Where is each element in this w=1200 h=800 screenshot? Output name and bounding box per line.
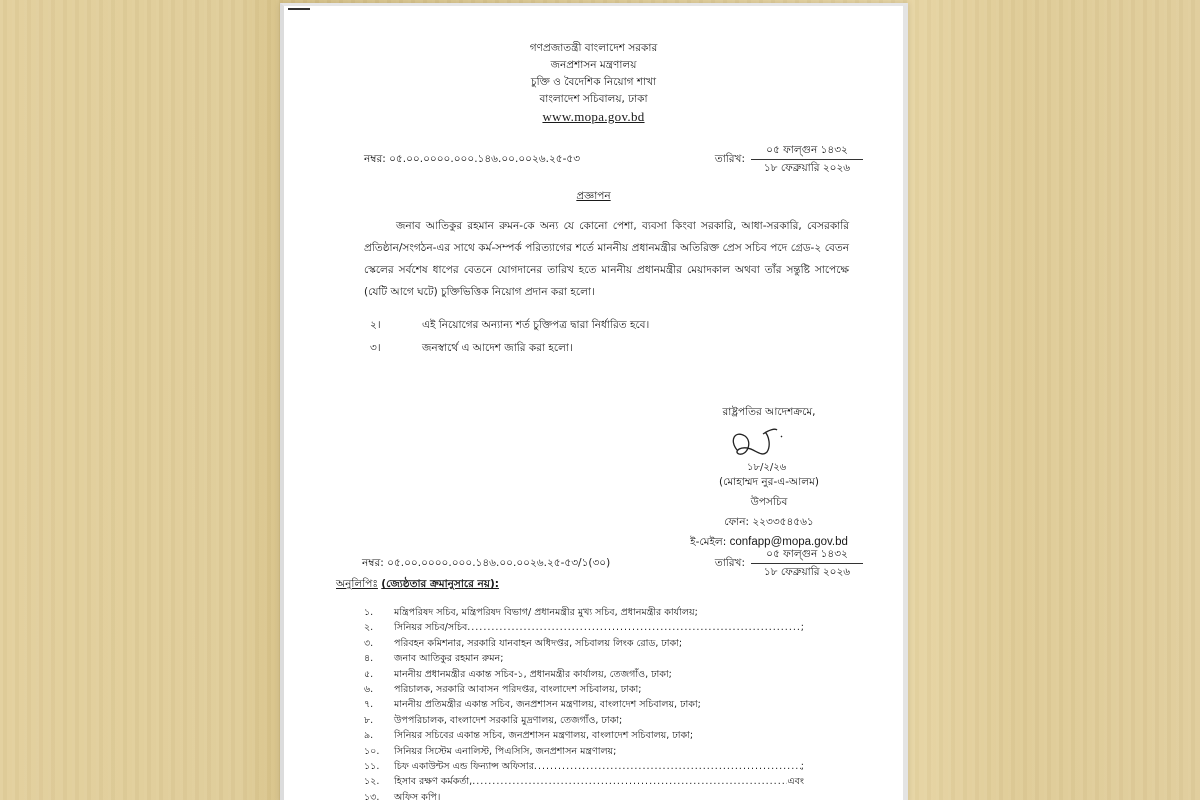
clause-text: জনস্বার্থে এ আদেশ জারি করা হলো। [422, 340, 573, 356]
letterhead-government: গণপ্রজাতন্ত্রী বাংলাদেশ সরকার [284, 40, 903, 57]
distribution-list: ১.মন্ত্রিপরিষদ সচিব, মন্ত্রিপরিষদ বিভাগ/… [364, 605, 804, 800]
distribution-item: ৭.মাননীয় প্রতিমন্ত্রীর একান্ত সচিব, জনপ… [364, 697, 804, 712]
letterhead-branch: চুক্তি ও বৈদেশিক নিয়োগ শাখা [284, 74, 903, 91]
background-right [908, 0, 1200, 800]
distribution-item: ১০.সিনিয়র সিস্টেম এনালিস্ট, পিএসিসি, জন… [364, 744, 804, 759]
date-gregorian: ১৮ ফেব্রুয়ারি ২০২৬ [751, 160, 863, 176]
by-order-line: রাষ্ট্রপতির আদেশক্রমে, [659, 402, 879, 422]
signature-block: রাষ্ট্রপতির আদেশক্রমে, ১৮/২/২৬ (মোহাম্মদ… [659, 402, 879, 552]
item-text: মাননীয় প্রতিমন্ত্রীর একান্ত সচিব, জনপ্র… [394, 697, 701, 712]
item-text: পরিচালক, সরকারি আবাসন পরিদপ্তর, বাংলাদেশ… [394, 682, 641, 697]
clause-number: ৩। [370, 340, 422, 356]
item-number: ২. [364, 620, 394, 635]
background-left [0, 0, 280, 800]
distribution-item: ৩.পরিবহন কমিশনার, সরকারি যানবাহন অধিদপ্ত… [364, 636, 804, 651]
fill-dots: ........................................… [472, 774, 787, 789]
document-page: গণপ্রজাতন্ত্রী বাংলাদেশ সরকার জনপ্রশাসন … [280, 3, 908, 800]
item-text: উপপরিচালক, বাংলাদেশ সরকারি মুদ্রণালয়, ত… [394, 713, 622, 728]
copy-memo-number: নম্বর: ০৫.০০.০০০০.০০০.১৪৬.০০.০০২৬.২৫-৫৩/… [362, 555, 715, 571]
distribution-heading: অনুলিপিঃ (জ্যেষ্ঠতার ক্রমানুসারে নয়): [336, 576, 499, 592]
item-number: ১১. [364, 759, 394, 774]
distribution-note: (জ্যেষ্ঠতার ক্রমানুসারে নয়): [381, 578, 499, 590]
item-number: ৪. [364, 651, 394, 666]
item-number: ৫. [364, 667, 394, 682]
memo-header: নম্বর: ০৫.০০.০০০০.০০০.১৪৬.০০.০০২৬.২৫-৫৩ … [364, 142, 863, 176]
item-number: ১. [364, 605, 394, 620]
item-text: সিনিয়র সচিবের একান্ত সচিব, জনপ্রশাসন মন… [394, 728, 693, 743]
notice-paragraph: জনাব আতিকুর রহমান রুমন-কে অন্য যে কোনো প… [364, 215, 849, 303]
date-bangla: ০৫ ফাল্গুন ১৪৩২ [751, 546, 863, 564]
clause-2: ২। এই নিয়োগের অন্যান্য শর্ত চুক্তিপত্র … [370, 317, 649, 333]
item-number: ১০. [364, 744, 394, 759]
item-number: ৩. [364, 636, 394, 651]
item-number: ৭. [364, 697, 394, 712]
notice-title: প্রজ্ঞাপন [284, 188, 903, 204]
distribution-item: ৫.মাননীয় প্রধানমন্ত্রীর একান্ত সচিব-১, … [364, 667, 804, 682]
date-gregorian: ১৮ ফেব্রুয়ারি ২০২৬ [751, 564, 863, 580]
item-text: চিফ একাউন্টস এন্ড ফিন্যান্স অফিসার [394, 759, 534, 774]
clause-text: এই নিয়োগের অন্যান্য শর্ত চুক্তিপত্র দ্ব… [422, 317, 649, 333]
letterhead-website[interactable]: www.mopa.gov.bd [284, 108, 903, 125]
item-end: ; [801, 759, 804, 774]
date-label: তারিখ: [715, 555, 745, 571]
item-text: অফিস কপি। [394, 790, 440, 800]
clause-number: ২। [370, 317, 422, 333]
clause-3: ৩। জনস্বার্থে এ আদেশ জারি করা হলো। [370, 340, 573, 356]
distribution-item: ৬.পরিচালক, সরকারি আবাসন পরিদপ্তর, বাংলাদ… [364, 682, 804, 697]
fill-dots: ........................................… [467, 620, 801, 635]
letterhead-address: বাংলাদেশ সচিবালয়, ঢাকা [284, 91, 903, 108]
item-end: এবং [787, 774, 804, 789]
signatory-name: (মোহাম্মদ নুর-এ-আলম) [659, 472, 879, 492]
handwritten-signature: ১৮/২/২৬ [659, 422, 879, 472]
item-text: মন্ত্রিপরিষদ সচিব, মন্ত্রিপরিষদ বিভাগ/ প… [394, 605, 698, 620]
item-text: পরিবহন কমিশনার, সরকারি যানবাহন অধিদপ্তর,… [394, 636, 682, 651]
item-text: সিনিয়র সিস্টেম এনালিস্ট, পিএসিসি, জনপ্র… [394, 744, 616, 759]
distribution-item: ৮.উপপরিচালক, বাংলাদেশ সরকারি মুদ্রণালয়,… [364, 713, 804, 728]
item-text: মাননীয় প্রধানমন্ত্রীর একান্ত সচিব-১, প্… [394, 667, 672, 682]
letterhead: গণপ্রজাতন্ত্রী বাংলাদেশ সরকার জনপ্রশাসন … [284, 40, 903, 125]
distribution-item: ৪.জনাব আতিকুর রহমান রুমন; [364, 651, 804, 666]
item-text: হিসাব রক্ষণ কর্মকর্তা, [394, 774, 472, 789]
distribution-item: ১.মন্ত্রিপরিষদ সচিব, মন্ত্রিপরিষদ বিভাগ/… [364, 605, 804, 620]
item-number: ৯. [364, 728, 394, 743]
item-number: ৮. [364, 713, 394, 728]
signatory-designation: উপসচিব [659, 492, 879, 512]
item-number: ১২. [364, 774, 394, 789]
copy-memo-header: নম্বর: ০৫.০০.০০০০.০০০.১৪৬.০০.০০২৬.২৫-৫৩/… [362, 546, 863, 580]
item-text: জনাব আতিকুর রহমান রুমন; [394, 651, 503, 666]
item-number: ১৩. [364, 790, 394, 800]
distribution-item: ২.সিনিয়র সচিব/সচিব.....................… [364, 620, 804, 635]
date-label: তারিখ: [715, 151, 745, 167]
distribution-item: ১৩.অফিস কপি। [364, 790, 804, 800]
item-end: ; [801, 620, 804, 635]
item-number: ৬. [364, 682, 394, 697]
distribution-item: ১২.হিসাব রক্ষণ কর্মকর্তা, ..............… [364, 774, 804, 789]
distribution-item: ৯.সিনিয়র সচিবের একান্ত সচিব, জনপ্রশাসন … [364, 728, 804, 743]
memo-number: নম্বর: ০৫.০০.০০০০.০০০.১৪৬.০০.০০২৬.২৫-৫৩ [364, 151, 715, 167]
distribution-label: অনুলিপিঃ [336, 578, 378, 590]
letterhead-ministry: জনপ্রশাসন মন্ত্রণালয় [284, 57, 903, 74]
copy-memo-date: তারিখ: ০৫ ফাল্গুন ১৪৩২ ১৮ ফেব্রুয়ারি ২০… [715, 546, 863, 580]
distribution-item: ১১.চিফ একাউন্টস এন্ড ফিন্যান্স অফিসার...… [364, 759, 804, 774]
date-bangla: ০৫ ফাল্গুন ১৪৩২ [751, 142, 863, 160]
memo-date: তারিখ: ০৫ ফাল্গুন ১৪৩২ ১৮ ফেব্রুয়ারি ২০… [715, 142, 863, 176]
fill-dots: ........................................… [534, 759, 801, 774]
svg-text:১৮/২/২৬: ১৮/২/২৬ [747, 462, 787, 473]
signature-icon: ১৮/২/২৬ [719, 422, 809, 474]
signatory-phone: ফোন: ২২৩৩৫৪৫৬১ [659, 512, 879, 532]
item-text: সিনিয়র সচিব/সচিব [394, 620, 467, 635]
